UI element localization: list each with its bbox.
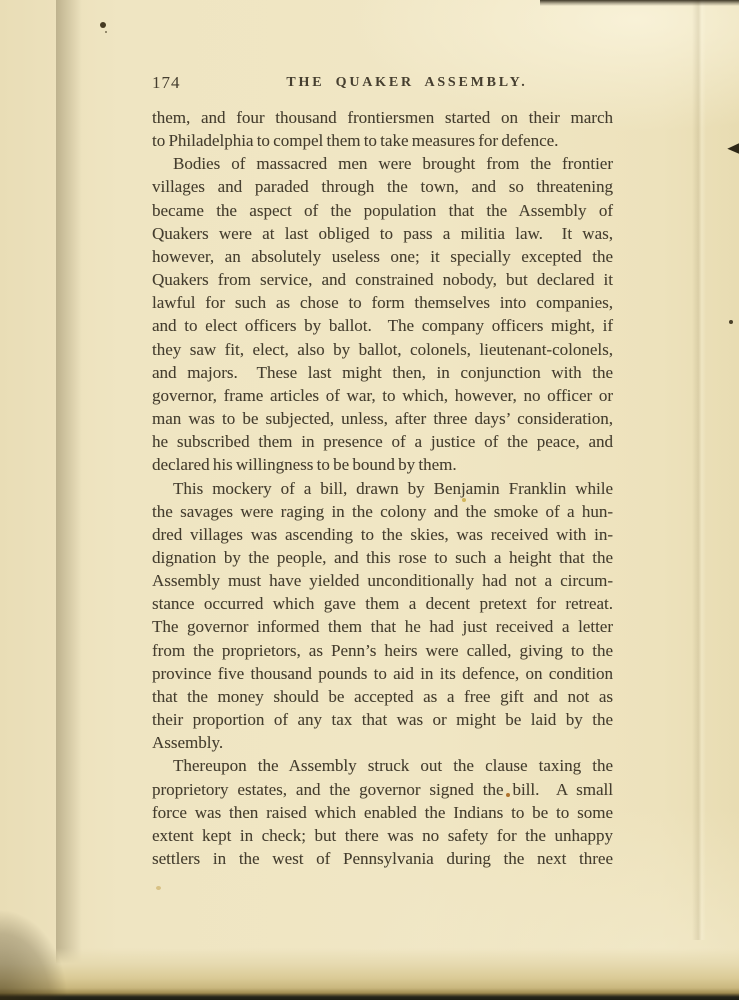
text-line: and to elect officers by ballot. The com… — [152, 314, 613, 337]
text-line: man was to be subjected, unless, after t… — [152, 407, 613, 430]
bottom-page-edges — [0, 948, 739, 1000]
text-line: proprietory estates, and the governor si… — [152, 778, 613, 801]
text-line: governor, frame articles of war, to whic… — [152, 384, 613, 407]
text-line: Quakers were at last obliged to pass a m… — [152, 222, 613, 245]
text-line: province five thousand pounds to aid in … — [152, 662, 613, 685]
top-edge-shadow — [540, 0, 739, 6]
book-page-scan: 174 THE QUAKER ASSEMBLY. them, and four … — [0, 0, 739, 1000]
text-line: dred villages was ascending to the skies… — [152, 523, 613, 546]
text-block: them, and four thousand frontiersmen sta… — [152, 106, 613, 870]
text-line: The governor informed them that he had j… — [152, 615, 613, 638]
page-number: 174 — [152, 73, 181, 93]
text-line: and majors. These last might then, in co… — [152, 361, 613, 384]
text-line: from the proprietors, as Penn’s heirs we… — [152, 639, 613, 662]
text-line: became the aspect of the population that… — [152, 199, 613, 222]
ink-speck — [100, 22, 106, 28]
text-line: stance occurred which gave them a decent… — [152, 592, 613, 615]
binding-shadow — [56, 0, 82, 1000]
text-line: he subscribed them in presence of a just… — [152, 430, 613, 453]
text-line: Assembly must have yielded unconditional… — [152, 569, 613, 592]
text-line: to Philadelphia to compel them to take m… — [152, 129, 613, 152]
text-line: however, an absolutely useless one; it s… — [152, 245, 613, 268]
ink-speck — [729, 320, 733, 324]
text-line: Thereupon the Assembly struck out the cl… — [152, 754, 613, 777]
paper-stain — [156, 886, 161, 890]
text-line: their proportion of any tax that was or … — [152, 708, 613, 731]
text-line: declared his willingness to be bound by … — [152, 453, 613, 476]
text-line: dignation by the people, and this rose t… — [152, 546, 613, 569]
text-line: villages and paraded through the town, a… — [152, 175, 613, 198]
text-line: them, and four thousand frontiersmen sta… — [152, 106, 613, 129]
page-crease — [692, 0, 706, 940]
running-head: 174 THE QUAKER ASSEMBLY. — [0, 73, 739, 95]
text-line: that the money should be accepted as a f… — [152, 685, 613, 708]
running-title: THE QUAKER ASSEMBLY. — [286, 75, 527, 91]
text-line: they saw fit, elect, also by ballot, col… — [152, 338, 613, 361]
text-line: extent kept in check; but there was no s… — [152, 824, 613, 847]
text-line: Bodies of massacred men were brought fro… — [152, 152, 613, 175]
text-line: Assembly. — [152, 731, 613, 754]
text-line: settlers in the west of Pennsylvania dur… — [152, 847, 613, 870]
bottom-left-binding-corner — [0, 880, 90, 1000]
text-line: lawful for such as chose to form themsel… — [152, 291, 613, 314]
text-line: Quakers from service, and constrained no… — [152, 268, 613, 291]
text-line: This mockery of a bill, drawn by Benjami… — [152, 477, 613, 500]
text-line: force was then raised which enabled the … — [152, 801, 613, 824]
text-line: the savages were raging in the colony an… — [152, 500, 613, 523]
